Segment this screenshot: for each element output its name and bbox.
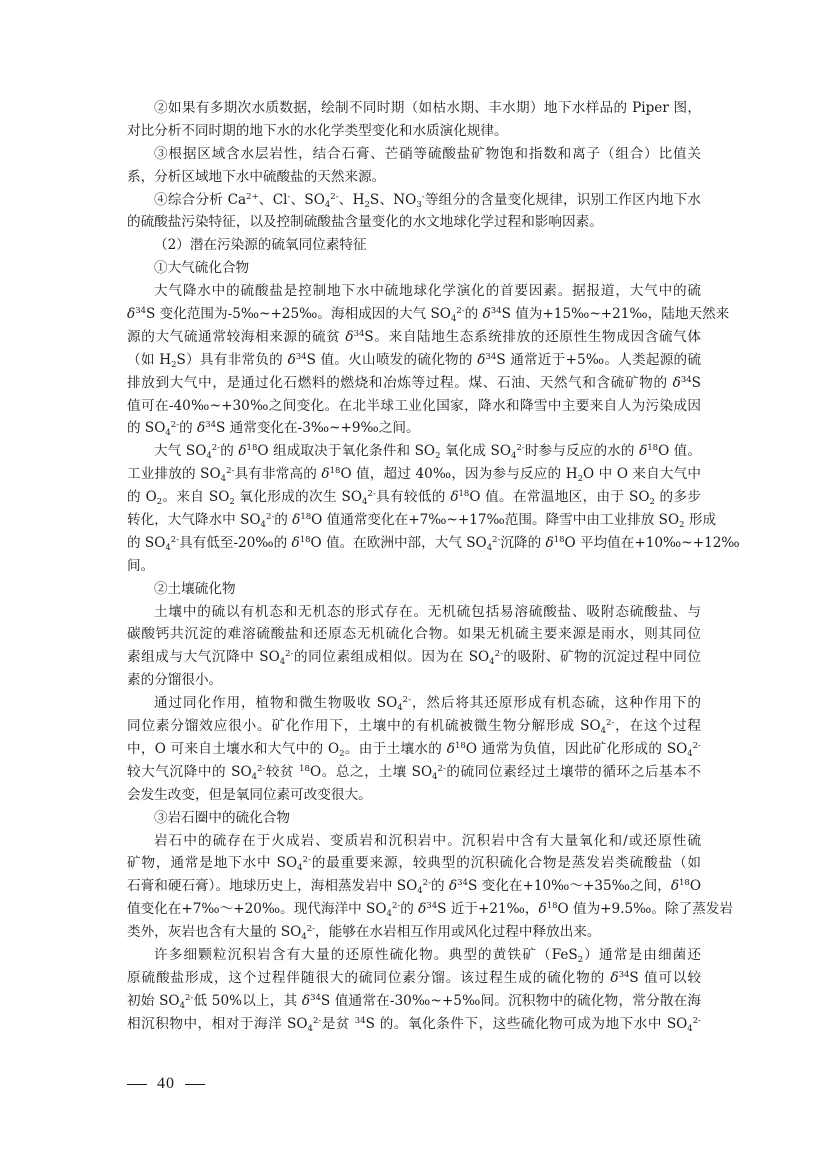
page-number: 40 <box>157 1075 175 1092</box>
paragraph-line: 的 O2。来自 SO2 氧化形成的次生 SO42-具有较低的 δ18O 值。在常… <box>127 486 701 509</box>
paragraph-line: 中，O 可来自土壤水和大气中的 O2。由于土壤水的 δ18O 通常为负值，因此矿… <box>127 738 701 761</box>
paragraph-line: 工业排放的 SO42-具有非常高的 δ18O 值，超过 40‰，因为参与反应的 … <box>127 463 701 486</box>
paragraph-line: 碳酸钙共沉淀的难溶硫酸盐和还原态无机硫化合物。如果无机硫主要来源是雨水，则其同位 <box>127 623 701 646</box>
document-body: ②如果有多期次水质数据，绘制不同时期（如枯水期、丰水期）地下水样品的 Piper… <box>127 97 701 1036</box>
paragraph-line: 土壤中的硫以有机态和无机态的形式存在。无机硫包括易溶硫酸盐、吸附态硫酸盐、与 <box>127 601 701 624</box>
paragraph-line: ②如果有多期次水质数据，绘制不同时期（如枯水期、丰水期）地下水样品的 Piper… <box>127 97 701 120</box>
section-heading: ②土壤硫化物 <box>127 578 701 601</box>
paragraph-line: ③根据区域含水层岩性，结合石膏、芒硝等硫酸盐矿物饱和指数和离子（组合）比值关 <box>127 143 701 166</box>
paragraph-line: 源的大气硫通常较海相来源的硫贫 δ34S。来自陆地生态系统排放的还原性生物成因含… <box>127 326 701 349</box>
paragraph-line: 岩石中的硫存在于火成岩、变质岩和沉积岩中。沉积岩中含有大量氧化和/或还原性硫 <box>127 830 701 853</box>
paragraph-line: （如 H2S）具有非常负的 δ34S 值。火山喷发的硫化物的 δ34S 通常近于… <box>127 349 701 372</box>
paragraph-line: 同位素分馏效应很小。矿化作用下，土壤中的有机硫被微生物分解形成 SO42-，在这… <box>127 715 701 738</box>
footer-dash-left <box>127 1084 147 1085</box>
section-heading: ③岩石圈中的硫化合物 <box>127 807 701 830</box>
paragraph-line: 间。 <box>127 555 701 578</box>
paragraph-line: 大气降水中的硫酸盐是控制地下水中硫地球化学演化的首要因素。据报道，大气中的硫 <box>127 280 701 303</box>
paragraph-line: 相沉积物中，相对于海洋 SO42-是贫 34S 的。氧化条件下，这些硫化物可成为… <box>127 1013 701 1036</box>
paragraph-line: 原硫酸盐形成，这个过程伴随很大的硫同位素分馏。该过程生成的硫化物的 δ34S 值… <box>127 967 701 990</box>
page-footer: 40 <box>127 1075 215 1093</box>
paragraph-line: 大气 SO42-的 δ18O 组成取决于氧化条件和 SO2 氧化成 SO42-时… <box>127 440 701 463</box>
paragraph-line: 类外，灰岩也含有大量的 SO42-，能够在水岩相互作用或风化过程中释放出来。 <box>127 921 701 944</box>
section-heading: ①大气硫化合物 <box>127 257 701 280</box>
paragraph-line: 值变化在+7‰～+20‰。现代海洋中 SO42-的 δ34S 近于+21‰，δ1… <box>127 898 701 921</box>
section-heading: （2）潜在污染源的硫氧同位素特征 <box>127 234 701 257</box>
paragraph-line: 初始 SO42-低 50%以上，其 δ34S 值通常在-30‰~+5‰间。沉积物… <box>127 990 701 1013</box>
paragraph-line: 通过同化作用，植物和微生物吸收 SO42-，然后将其还原形成有机态硫，这种作用下… <box>127 692 701 715</box>
paragraph-line: 转化，大气降水中 SO42-的 δ18O 值通常变化在+7‰~+17‰范围。降雪… <box>127 509 701 532</box>
paragraph-line: 会发生改变，但是氧同位素可改变很大。 <box>127 784 701 807</box>
paragraph-line: ④综合分析 Ca2+、Cl-、SO42-、H2S、NO3-等组分的含量变化规律，… <box>127 189 701 212</box>
paragraph-line: 值可在-40‰~+30‰之间变化。在北半球工业化国家，降水和降雪中主要来自人为污… <box>127 395 701 418</box>
paragraph-line: δ34S 变化范围为-5‰~+25‰。海相成因的大气 SO42-的 δ34S 值… <box>127 303 701 326</box>
paragraph-line: 矿物，通常是地下水中 SO42-的最重要来源，较典型的沉积硫化合物是蒸发岩类硫酸… <box>127 852 701 875</box>
paragraph-line: 系，分析区域地下水中硫酸盐的天然来源。 <box>127 166 701 189</box>
paragraph-line: 素的分馏很小。 <box>127 669 701 692</box>
paragraph-line: 对比分析不同时期的地下水的水化学类型变化和水质演化规律。 <box>127 120 701 143</box>
paragraph-line: 的 SO42-的 δ34S 通常变化在-3‰~+9‰之间。 <box>127 417 701 440</box>
paragraph-line: 较大气沉降中的 SO42-较贫 18O。总之，土壤 SO42-的硫同位素经过土壤… <box>127 761 701 784</box>
paragraph-line: 石膏和硬石膏）。地球历史上，海相蒸发岩中 SO42-的 δ34S 变化在+10‰… <box>127 875 701 898</box>
paragraph-line: 许多细颗粒沉积岩含有大量的还原性硫化物。典型的黄铁矿（FeS2）通常是由细菌还 <box>127 944 701 967</box>
footer-dash-right <box>185 1084 205 1085</box>
paragraph-line: 素组成与大气沉降中 SO42-的同位素组成相似。因为在 SO42-的吸附、矿物的… <box>127 646 701 669</box>
paragraph-line: 的硫酸盐污染特征，以及控制硫酸盐含量变化的水文地球化学过程和影响因素。 <box>127 211 701 234</box>
paragraph-line: 的 SO42-具有低至-20‰的 δ18O 值。在欧洲中部，大气 SO42-沉降… <box>127 532 701 555</box>
paragraph-line: 排放到大气中，是通过化石燃料的燃烧和冶炼等过程。煤、石油、天然气和含硫矿物的 δ… <box>127 372 701 395</box>
